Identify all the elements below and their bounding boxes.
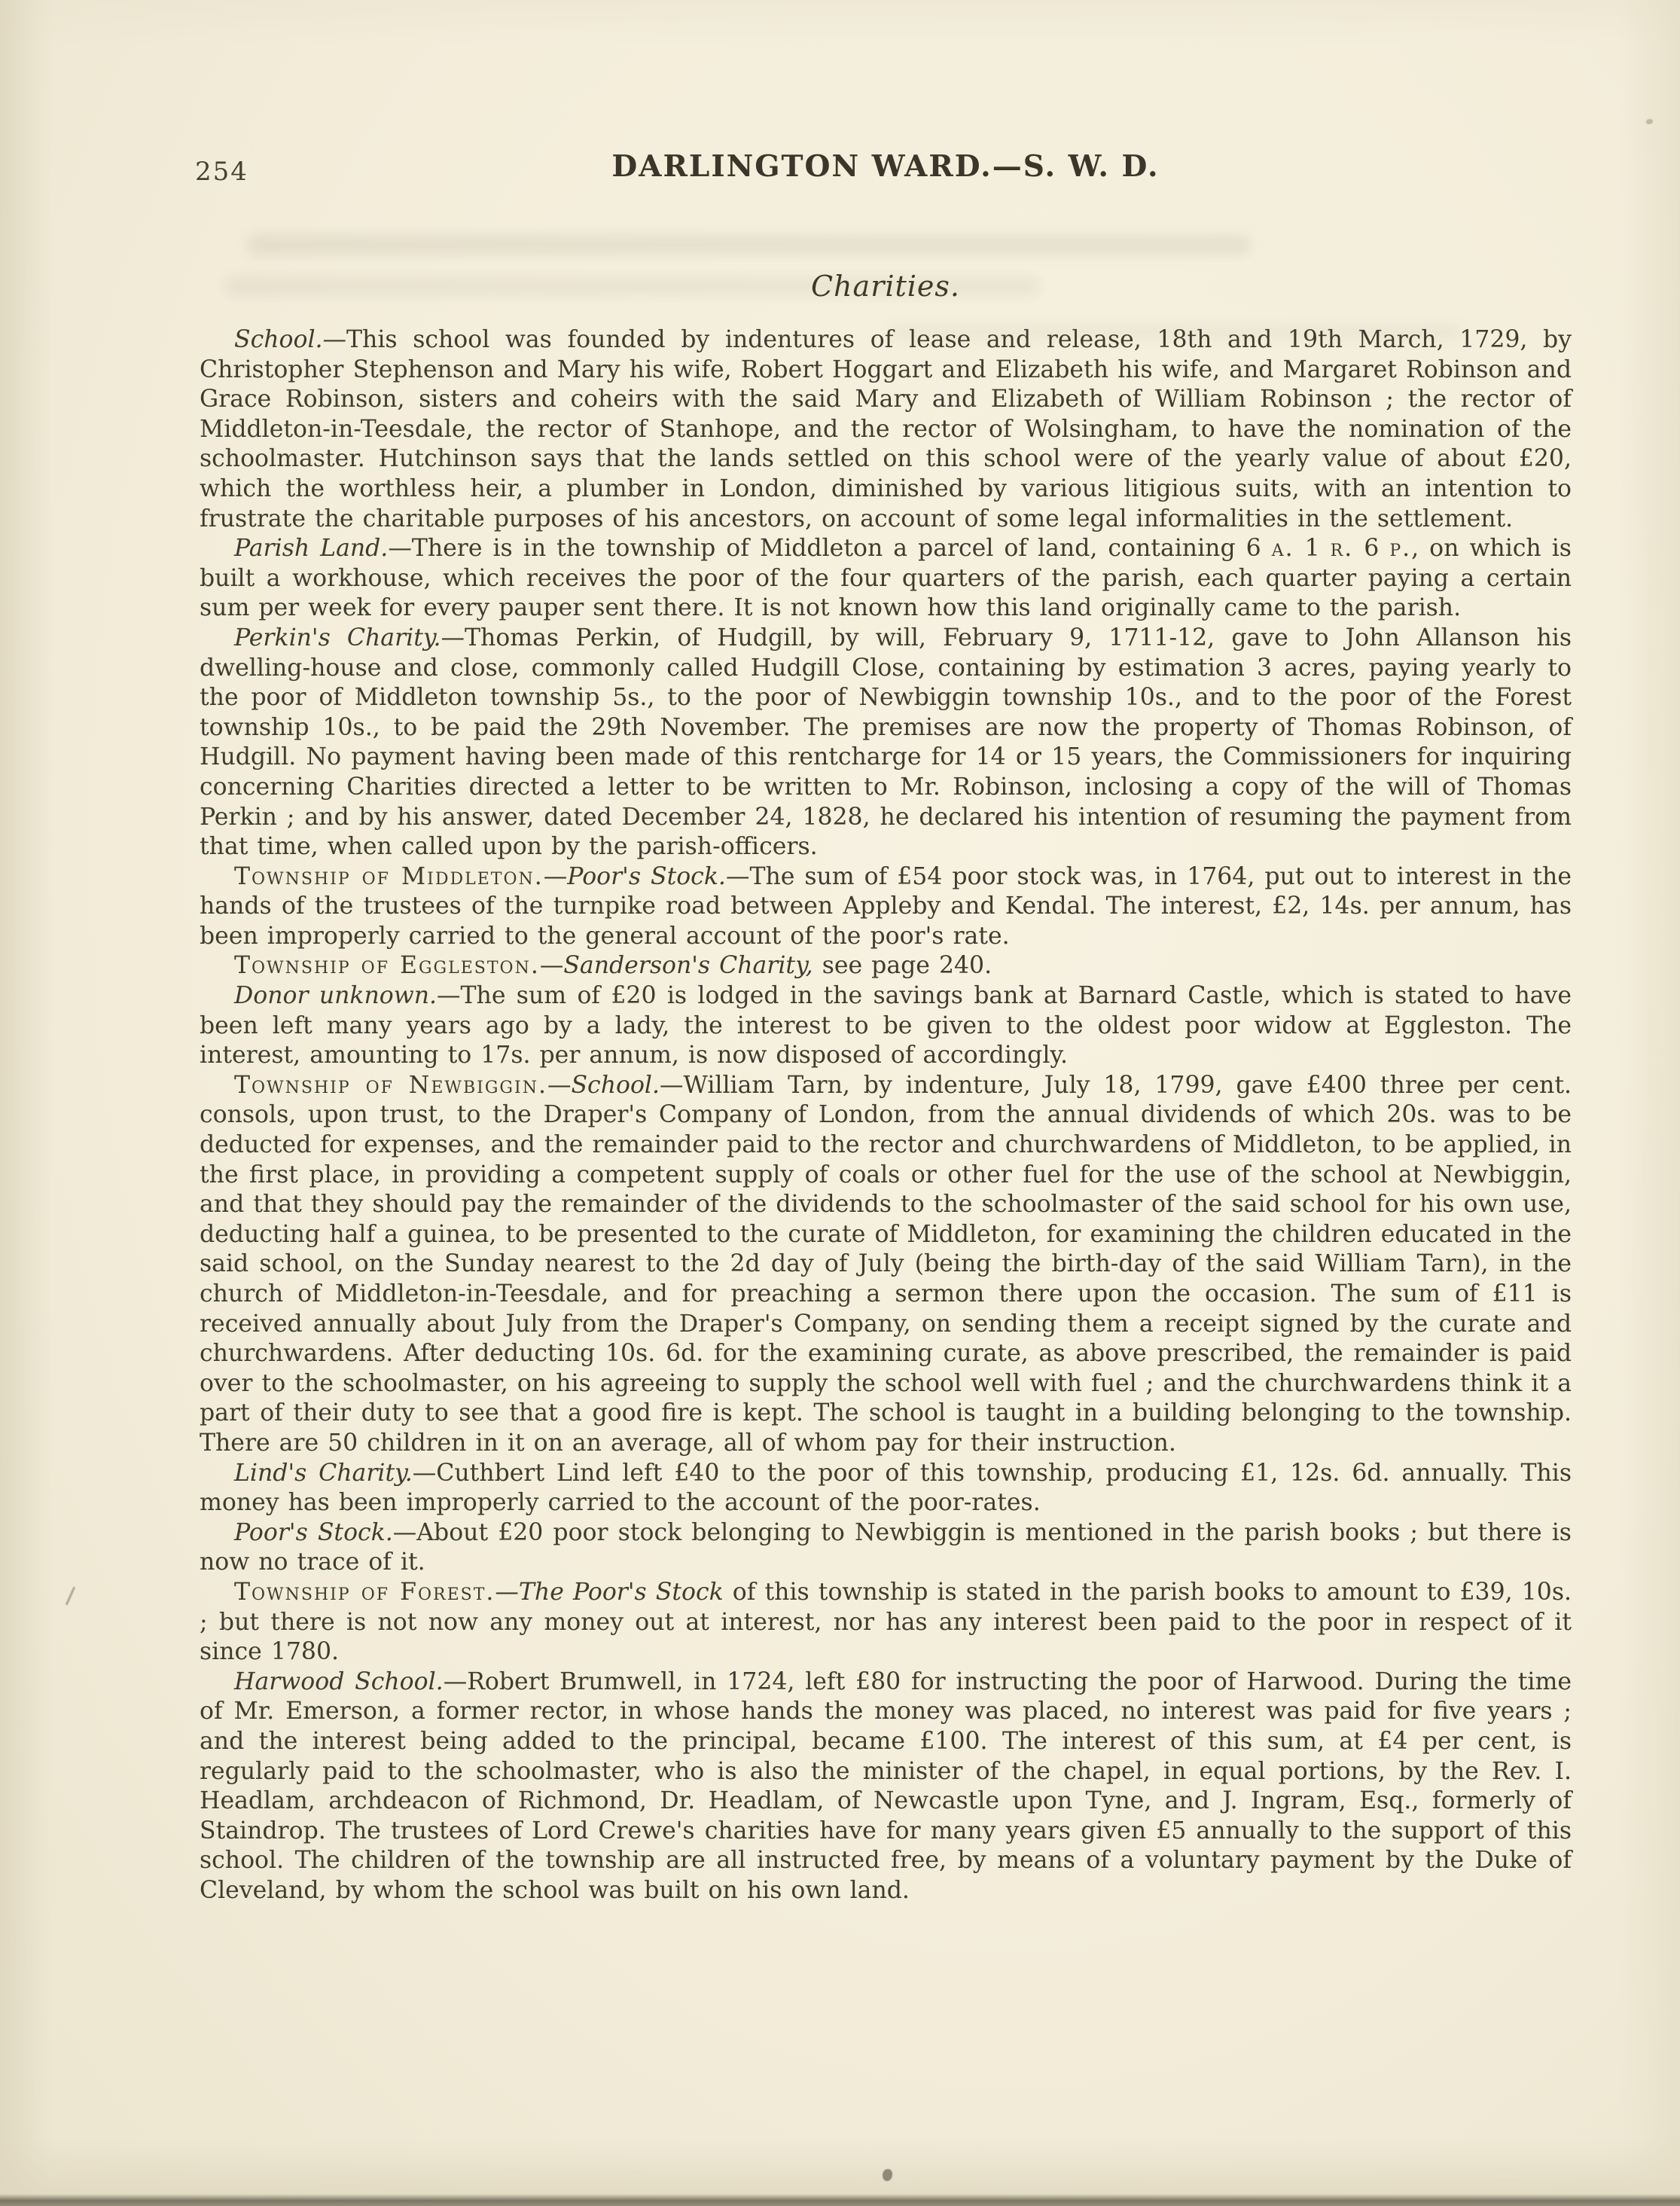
text-segment-smallcaps: Township of Forest. — [234, 1579, 495, 1606]
text-segment-plain: — — [547, 1072, 572, 1099]
text-segment-italic: Perkin's Charity. — [234, 624, 441, 651]
text-segment-smallcaps: p. — [1389, 535, 1411, 562]
text-segment-plain: —This school was founded by indentures o… — [200, 326, 1572, 532]
pen-mark — [66, 1587, 75, 1606]
page-header: 254 DARLINGTON WARD.—S. W. D. — [200, 149, 1572, 194]
text-segment-italic: Harwood School. — [234, 1668, 444, 1695]
running-title: DARLINGTON WARD.—S. W. D. — [200, 149, 1572, 184]
page-number: 254 — [195, 157, 248, 187]
paragraph: Township of Newbiggin.—School.—William T… — [200, 1071, 1572, 1459]
paragraph: Township of Eggleston.—Sanderson's Chari… — [200, 951, 1572, 981]
text-segment-italic: The Poor's Stock — [519, 1579, 724, 1606]
text-segment-smallcaps: Township of Middleton. — [234, 863, 544, 890]
text-segment-smallcaps: Township of Eggleston. — [234, 952, 540, 979]
paragraph: Township of Forest.—The Poor's Stock of … — [200, 1578, 1572, 1667]
text-segment-italic: Lind's Charity. — [234, 1460, 413, 1487]
text-segment-plain: see page 240. — [813, 952, 992, 979]
book-page: 254 DARLINGTON WARD.—S. W. D. Charities.… — [0, 0, 1680, 2206]
text-segment-plain: —There is in the township of Middleton a… — [388, 535, 1271, 562]
paragraph: Donor unknown.—The sum of £20 is lodged … — [200, 981, 1572, 1071]
paragraph: Poor's Stock.—About £20 poor stock belon… — [200, 1518, 1572, 1578]
paragraph: Harwood School.—Robert Brumwell, in 1724… — [200, 1667, 1572, 1906]
scan-edge — [0, 2194, 1680, 2206]
text-segment-plain: 1 — [1294, 535, 1331, 562]
text-segment-italic: Sanderson's Charity, — [563, 952, 813, 979]
text-segment-smallcaps: a. — [1272, 535, 1294, 562]
text-segment-italic: Donor unknown. — [234, 982, 437, 1009]
text-segment-plain: — — [495, 1579, 519, 1606]
ink-speck — [1646, 119, 1653, 124]
text-segment-italic: Parish Land. — [234, 535, 388, 562]
paragraph: Lind's Charity.—Cuthbert Lind left £40 t… — [200, 1459, 1572, 1518]
text-segment-plain: —Thomas Perkin, of Hudgill, by will, Feb… — [200, 624, 1572, 860]
text-segment-italic: Poor's Stock. — [567, 863, 726, 890]
text-segment-plain: — — [540, 952, 564, 979]
section-title: Charities. — [200, 270, 1572, 303]
paragraph: Parish Land.—There is in the township of… — [200, 534, 1572, 624]
text-segment-plain: —Robert Brumwell, in 1724, left £80 for … — [200, 1668, 1572, 1904]
text-segment-plain: 6 — [1353, 535, 1389, 562]
paragraph: Township of Middleton.—Poor's Stock.—The… — [200, 862, 1572, 952]
text-segment-smallcaps: r. — [1331, 535, 1354, 562]
text-segment-italic: School. — [571, 1072, 660, 1099]
text-segment-plain: — — [544, 863, 568, 890]
text-segment-plain: —William Tarn, by indenture, July 18, 17… — [200, 1072, 1572, 1457]
text-segment-smallcaps: Township of Newbiggin. — [234, 1072, 547, 1099]
text-segment-italic: School. — [234, 326, 323, 353]
text-segment-plain: —About £20 poor stock belonging to Newbi… — [200, 1519, 1572, 1576]
paragraph: Perkin's Charity.—Thomas Perkin, of Hudg… — [200, 624, 1572, 862]
text-segment-italic: Poor's Stock. — [234, 1519, 393, 1546]
ink-speck — [883, 2169, 892, 2181]
show-through-ghost — [248, 235, 1250, 255]
text-block: School.—This school was founded by inden… — [200, 325, 1572, 1905]
paragraph: School.—This school was founded by inden… — [200, 325, 1572, 534]
